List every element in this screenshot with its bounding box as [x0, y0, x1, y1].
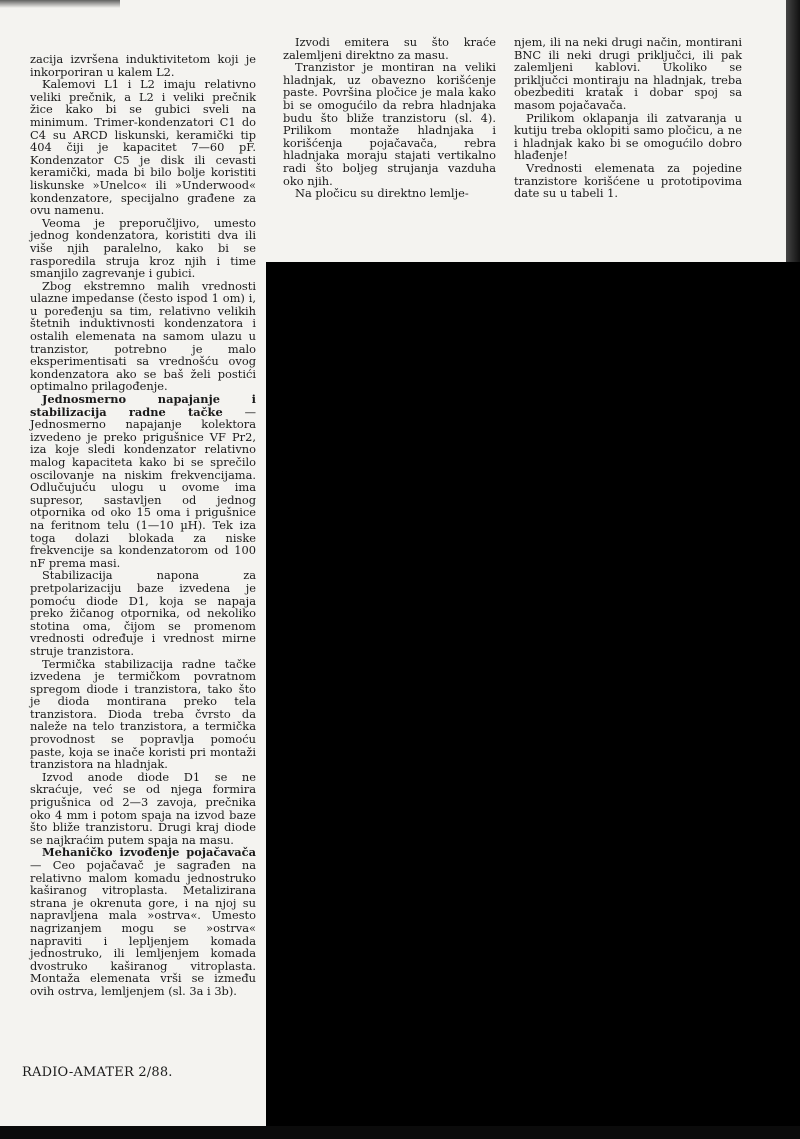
paragraph: Jednosmerno napajanje i stabilizacija ra…	[30, 393, 256, 569]
paragraph: Mehaničko izvođenje pojačavača — Ceo poj…	[30, 846, 256, 997]
paragraph: njem, ili na neki drugi način, montirani…	[514, 36, 742, 112]
paragraph: Termička stabilizacija radne tačke izved…	[30, 658, 256, 771]
paragraph: Tranzistor je montiran na veliki hladnja…	[283, 61, 496, 187]
paragraph: Izvod anode diode D1 se ne skraćuje, već…	[30, 771, 256, 847]
paragraph: Prilikom oklapanja ili zatvaranja u kuti…	[514, 112, 742, 162]
text-column-1: zacija izvršena induktivitetom koji je i…	[30, 53, 256, 998]
paragraph: Stabilizacija napona za pretpolarizaciju…	[30, 569, 256, 657]
scanned-magazine-page: zacija izvršena induktivitetom koji je i…	[0, 0, 800, 1139]
paragraph: zacija izvršena induktivitetom koji je i…	[30, 53, 256, 78]
page-edge	[786, 0, 800, 262]
scan-bottom-border	[0, 1126, 800, 1139]
text-column-3: njem, ili na neki drugi način, montirani…	[514, 36, 742, 200]
paragraph-text: — Ceo pojačavač je sagrađen na relativno…	[30, 858, 256, 998]
paragraph: Kalemovi L1 i L2 imaju relativno veliki …	[30, 78, 256, 217]
paragraph: Veoma je preporučljivo, umesto jednog ko…	[30, 217, 256, 280]
paragraph: Zbog ekstremno malih vrednosti ulazne im…	[30, 280, 256, 393]
paragraph: Na pločicu su direktno lemlje-	[283, 187, 496, 200]
paragraph: Vrednosti elemenata za pojedine tranzist…	[514, 162, 742, 200]
publication-footer: RADIO-AMATER 2/88.	[22, 1065, 173, 1080]
paragraph: Izvodi emitera su što kraće zalemljeni d…	[283, 36, 496, 61]
scan-shadow	[0, 0, 120, 8]
text-column-2: Izvodi emitera su što kraće zalemljeni d…	[283, 36, 496, 200]
paragraph-text: — Jednosmerno napajanje kolektora izvede…	[30, 405, 256, 570]
